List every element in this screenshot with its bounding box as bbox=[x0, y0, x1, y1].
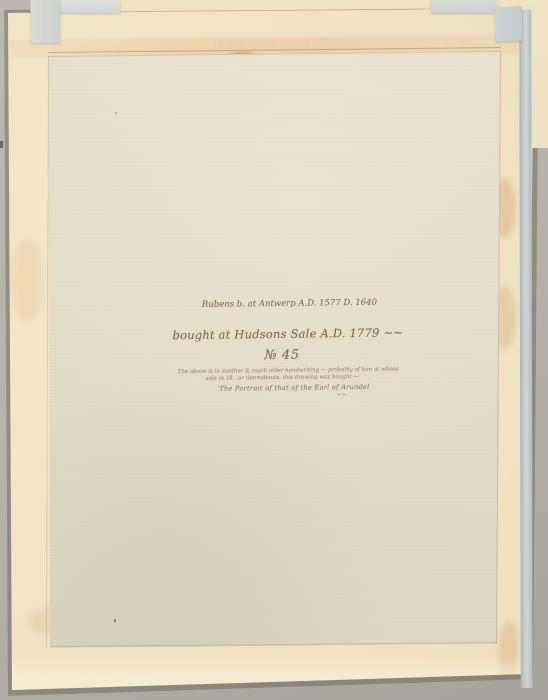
inscription-provenance: bought at Hudsons Sale A.D. 1779 ∼∼ bbox=[14, 323, 548, 344]
handwritten-inscriptions: Rubens b. at Antwerp A.D. 1577 D. 1640 b… bbox=[0, 0, 548, 700]
photograph-of-drawing-verso: Rubens b. at Antwerp A.D. 1577 D. 1640 b… bbox=[0, 0, 548, 700]
inscription-flourish: ∼∼ bbox=[337, 391, 347, 398]
inscription-biography: Rubens b. at Antwerp A.D. 1577 D. 1640 bbox=[15, 295, 548, 312]
inscription-number: № 45 bbox=[8, 345, 548, 367]
